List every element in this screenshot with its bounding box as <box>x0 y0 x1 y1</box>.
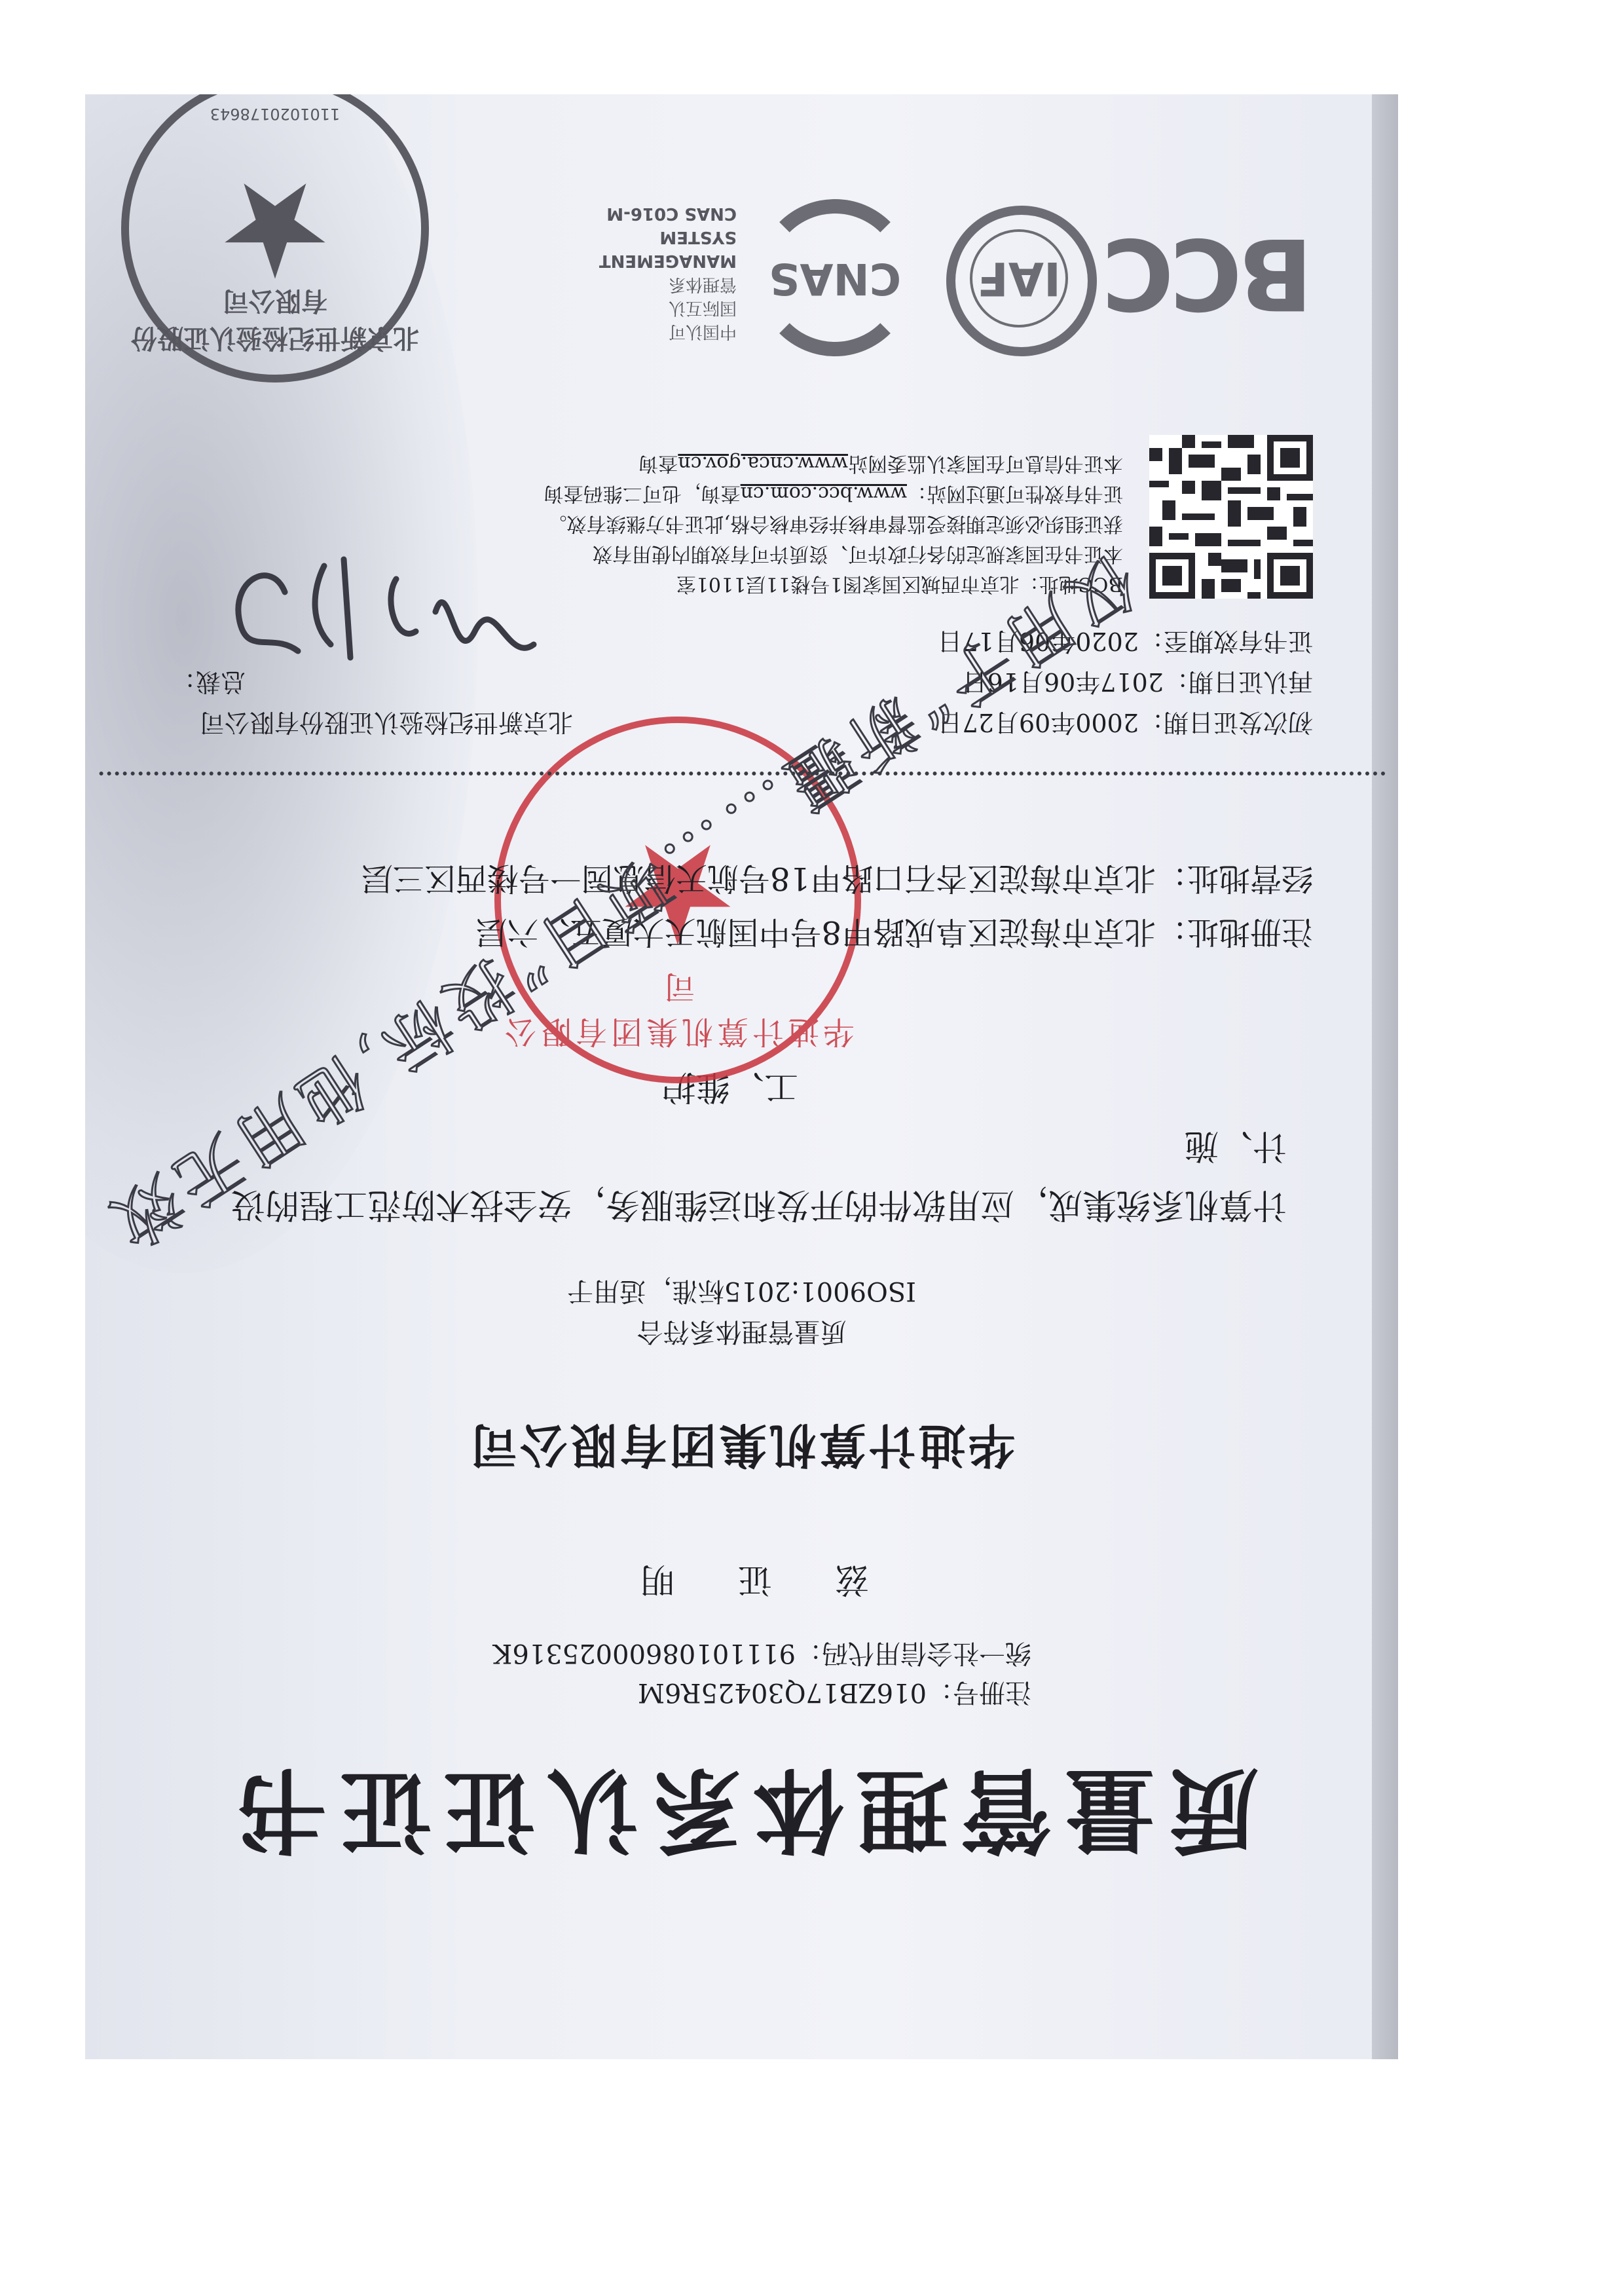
conformity-line-2: ISO9001:2015标准，适用于 <box>85 1271 1398 1311</box>
cnca-verify-row: 本证书信息可在国家认监委网站www.cnca.gov.cn查询 <box>501 448 1123 478</box>
certified-organization: 华迪计算机集团有限公司 <box>85 1415 1398 1483</box>
conformity-line-1: 质量管理体系符合 <box>85 1311 1398 1352</box>
bcc-logo: BCC <box>1106 216 1314 330</box>
cnca-verify-prefix: 本证书信息可在国家认监委网站 <box>848 452 1123 475</box>
cnca-verify-suffix: 查询 <box>638 452 678 475</box>
registration-number: 016ZB17Q30425R6M <box>638 1677 927 1707</box>
accreditation-logos: BCC IAF CNAS 中国认可 国际互认 管理体系 MANAGEMENT S… <box>527 199 1313 369</box>
recert-date-label: 再认证日期： <box>1164 667 1313 696</box>
business-address-label: 经营地址： <box>1156 860 1313 897</box>
bcc-surveillance-note: 获证组织必须定期接受监督审核并经审核合格,此证书方继续有效。 <box>501 508 1123 538</box>
registration-number-row: 注册号：016ZB17Q30425R6M <box>492 1673 1031 1712</box>
cnas-side-line-2: 国际互认 <box>527 296 737 320</box>
handwritten-signature <box>219 540 547 671</box>
iaf-logo-text: IAF <box>970 229 1068 327</box>
bcc-website-link[interactable]: www.bcc.com.cn <box>741 482 907 505</box>
certificate-title: 质量管理体系认证证书 <box>85 1751 1398 1882</box>
issuer-block: 北京新世纪检验认证股份有限公司 总裁： <box>171 662 573 743</box>
star-icon: ★ <box>216 163 333 294</box>
qr-code <box>1149 435 1313 599</box>
issuer-seal: 北京新世纪检验认证股份有限公司 ★ 1101020178643 <box>121 94 429 382</box>
expiry-date-label: 证书有效期至： <box>1139 627 1313 656</box>
issuer-name: 北京新世纪检验认证股份有限公司 <box>171 702 573 743</box>
registered-address-label: 注册地址： <box>1156 914 1313 950</box>
cnca-website-link[interactable]: www.cnca.gov.cn <box>678 452 848 475</box>
credit-code-row: 统一社会信用代码：91110108600025316K <box>492 1633 1031 1673</box>
cnas-side-line-1: 中国认可 <box>527 320 737 343</box>
cnas-logo: CNAS <box>756 199 913 356</box>
bcc-verify-row: 证书有效性可通过网站：www.bcc.com.cn查询，也可二维码查询 <box>501 478 1123 508</box>
registration-block: 注册号：016ZB17Q30425R6M 统一社会信用代码：9111010860… <box>492 1633 1031 1712</box>
bcc-info-block: BCC地址：北京市西城区国家图1号楼11层1101室 本证书在国家规定的各行政许… <box>501 448 1123 599</box>
bcc-verify-prefix: 证书有效性可通过网站： <box>907 482 1123 505</box>
cnas-logo-text: CNAS <box>756 253 913 304</box>
credit-code: 91110108600025316K <box>492 1638 796 1668</box>
cnas-side-line-4: MANAGEMENT SYSTEM <box>527 225 737 272</box>
credit-code-label: 统一社会信用代码： <box>796 1638 1031 1668</box>
scope-line-1: 计算机系统集成，应用软件的开发和运维服务，安全技术防范工程的设计、施 <box>231 1126 1287 1224</box>
iaf-logo: IAF <box>946 206 1097 356</box>
cnas-side-text: 中国认可 国际互认 管理体系 MANAGEMENT SYSTEM CNAS C0… <box>527 202 737 343</box>
cnas-side-line-3: 管理体系 <box>527 272 737 296</box>
business-address-row: 经营地址：北京市海淀区杏石口路甲18号航天信息园一号楼西区三层 <box>361 851 1313 905</box>
bcc-verify-suffix: 查询，也可二维码查询 <box>544 482 741 505</box>
conformity-statement: 质量管理体系符合 ISO9001:2015标准，适用于 <box>85 1271 1398 1352</box>
certify-statement: 兹 证 明 <box>85 1558 1398 1607</box>
initial-date-label: 初次发证日期： <box>1139 708 1313 737</box>
scanned-certificate: 质量管理体系认证证书 注册号：016ZB17Q30425R6M 统一社会信用代码… <box>0 0 1624 2295</box>
cnas-side-line-5: CNAS C016-M <box>527 202 737 225</box>
registration-number-label: 注册号： <box>927 1677 1031 1707</box>
issuer-seal-number: 1101020178643 <box>129 105 421 123</box>
certificate-paper: 质量管理体系认证证书 注册号：016ZB17Q30425R6M 统一社会信用代码… <box>85 94 1398 2059</box>
bcc-validity-note: 本证书在国家规定的各行政许可、资质许可有效期内使用有效 <box>501 538 1123 569</box>
